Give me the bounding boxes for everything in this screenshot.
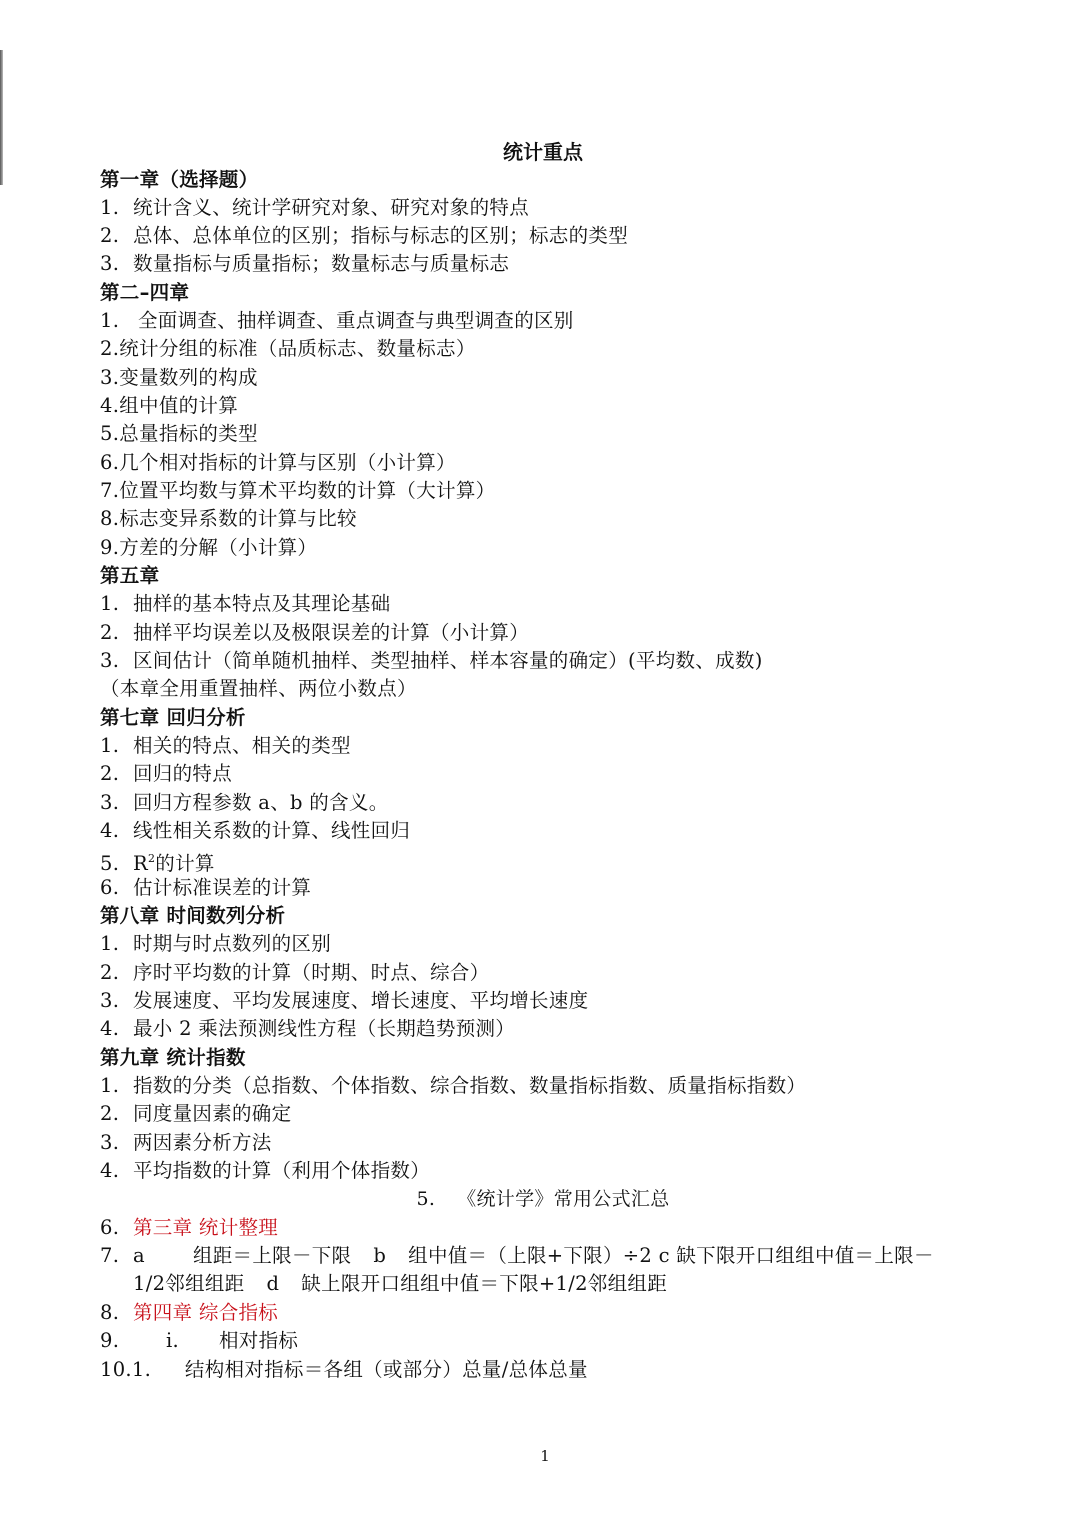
list-item: 3.数量指标与质量指标；数量标志与质量标志 xyxy=(100,250,509,278)
list-item: 2.序时平均数的计算（时期、时点、综合） xyxy=(100,959,489,987)
section-heading-ch2-4: 第二–四章 xyxy=(100,279,189,307)
list-item: 1.指数的分类（总指数、个体指数、综合指数、数量指标指数、质量指标指数） xyxy=(100,1072,806,1100)
list-item: 2.统计分组的标准（品质标志、数量标志） xyxy=(100,335,476,363)
section-heading-ch1: 第一章（选择题） xyxy=(100,166,258,194)
list-item: 5.总量指标的类型 xyxy=(100,420,258,448)
list-item: 3.变量数列的构成 xyxy=(100,364,258,392)
list-item: 9.方差的分解（小计算） xyxy=(100,534,317,562)
section-heading-ch9: 第九章 统计指数 xyxy=(100,1044,246,1072)
formula-chapter-heading: 6.第三章 统计整理 xyxy=(100,1214,278,1242)
list-item: 2.抽样平均误差以及极限误差的计算（小计算） xyxy=(100,619,529,647)
list-item: 8.标志变异系数的计算与比较 xyxy=(100,505,357,533)
list-item: 1.时期与时点数列的区别 xyxy=(100,930,331,958)
list-item: 4.线性相关系数的计算、线性回归 xyxy=(100,817,410,845)
formula-chapter-heading: 8.第四章 综合指标 xyxy=(100,1299,278,1327)
formula-line-continuation: 1/2邻组组距d缺上限开口组组中值＝下限+1/2邻组组距 xyxy=(133,1270,667,1298)
list-item: 6.估计标准误差的计算 xyxy=(100,874,311,902)
page-number: 1 xyxy=(530,1446,560,1466)
section-heading-ch5: 第五章 xyxy=(100,562,159,590)
section-note: （本章全用重置抽样、两位小数点） xyxy=(100,675,417,703)
list-item: 2.回归的特点 xyxy=(100,760,232,788)
list-item: 2.同度量因素的确定 xyxy=(100,1100,291,1128)
list-item: 1.全面调查、抽样调查、重点调查与典型调查的区别 xyxy=(100,307,574,335)
document-title: 统计重点 xyxy=(100,138,986,166)
list-item: 7.位置平均数与算术平均数的计算（大计算） xyxy=(100,477,495,505)
list-item: 3.两因素分析方法 xyxy=(100,1129,272,1157)
list-item: 1.抽样的基本特点及其理论基础 xyxy=(100,590,390,618)
list-item: 3.区间估计（简单随机抽样、类型抽样、样本容量的确定）(平均数、成数) xyxy=(100,647,763,675)
list-item: 3.回归方程参数 a、b 的含义。 xyxy=(100,789,389,817)
list-item: 4.组中值的计算 xyxy=(100,392,238,420)
list-item: 4.平均指数的计算（利用个体指数） xyxy=(100,1157,430,1185)
list-item: 2.总体、总体单位的区别；指标与标志的区别；标志的类型 xyxy=(100,222,628,250)
formula-summary-title: 5.《统计学》常用公式汇总 xyxy=(100,1185,986,1213)
formula-line: 10.1.结构相对指标＝各组（或部分）总量/总体总量 xyxy=(100,1356,588,1384)
list-item: 1.相关的特点、相关的类型 xyxy=(100,732,351,760)
section-heading-ch8: 第八章 时间数列分析 xyxy=(100,902,285,930)
list-item: 3.发展速度、平均发展速度、增长速度、平均增长速度 xyxy=(100,987,588,1015)
formula-line: 7.a组距＝上限－下限b组中值＝（上限+下限）÷2 c 缺下限开口组组中值＝上限… xyxy=(100,1242,934,1270)
scan-edge-shadow xyxy=(0,50,3,185)
list-item: 6.几个相对指标的计算与区别（小计算） xyxy=(100,449,456,477)
list-item: 1.统计含义、统计学研究对象、研究对象的特点 xyxy=(100,194,529,222)
formula-subheading: 9.i.相对指标 xyxy=(100,1327,298,1355)
list-item: 4.最小 2 乘法预测线性方程（长期趋势预测） xyxy=(100,1015,515,1043)
section-heading-ch7: 第七章 回归分析 xyxy=(100,704,246,732)
